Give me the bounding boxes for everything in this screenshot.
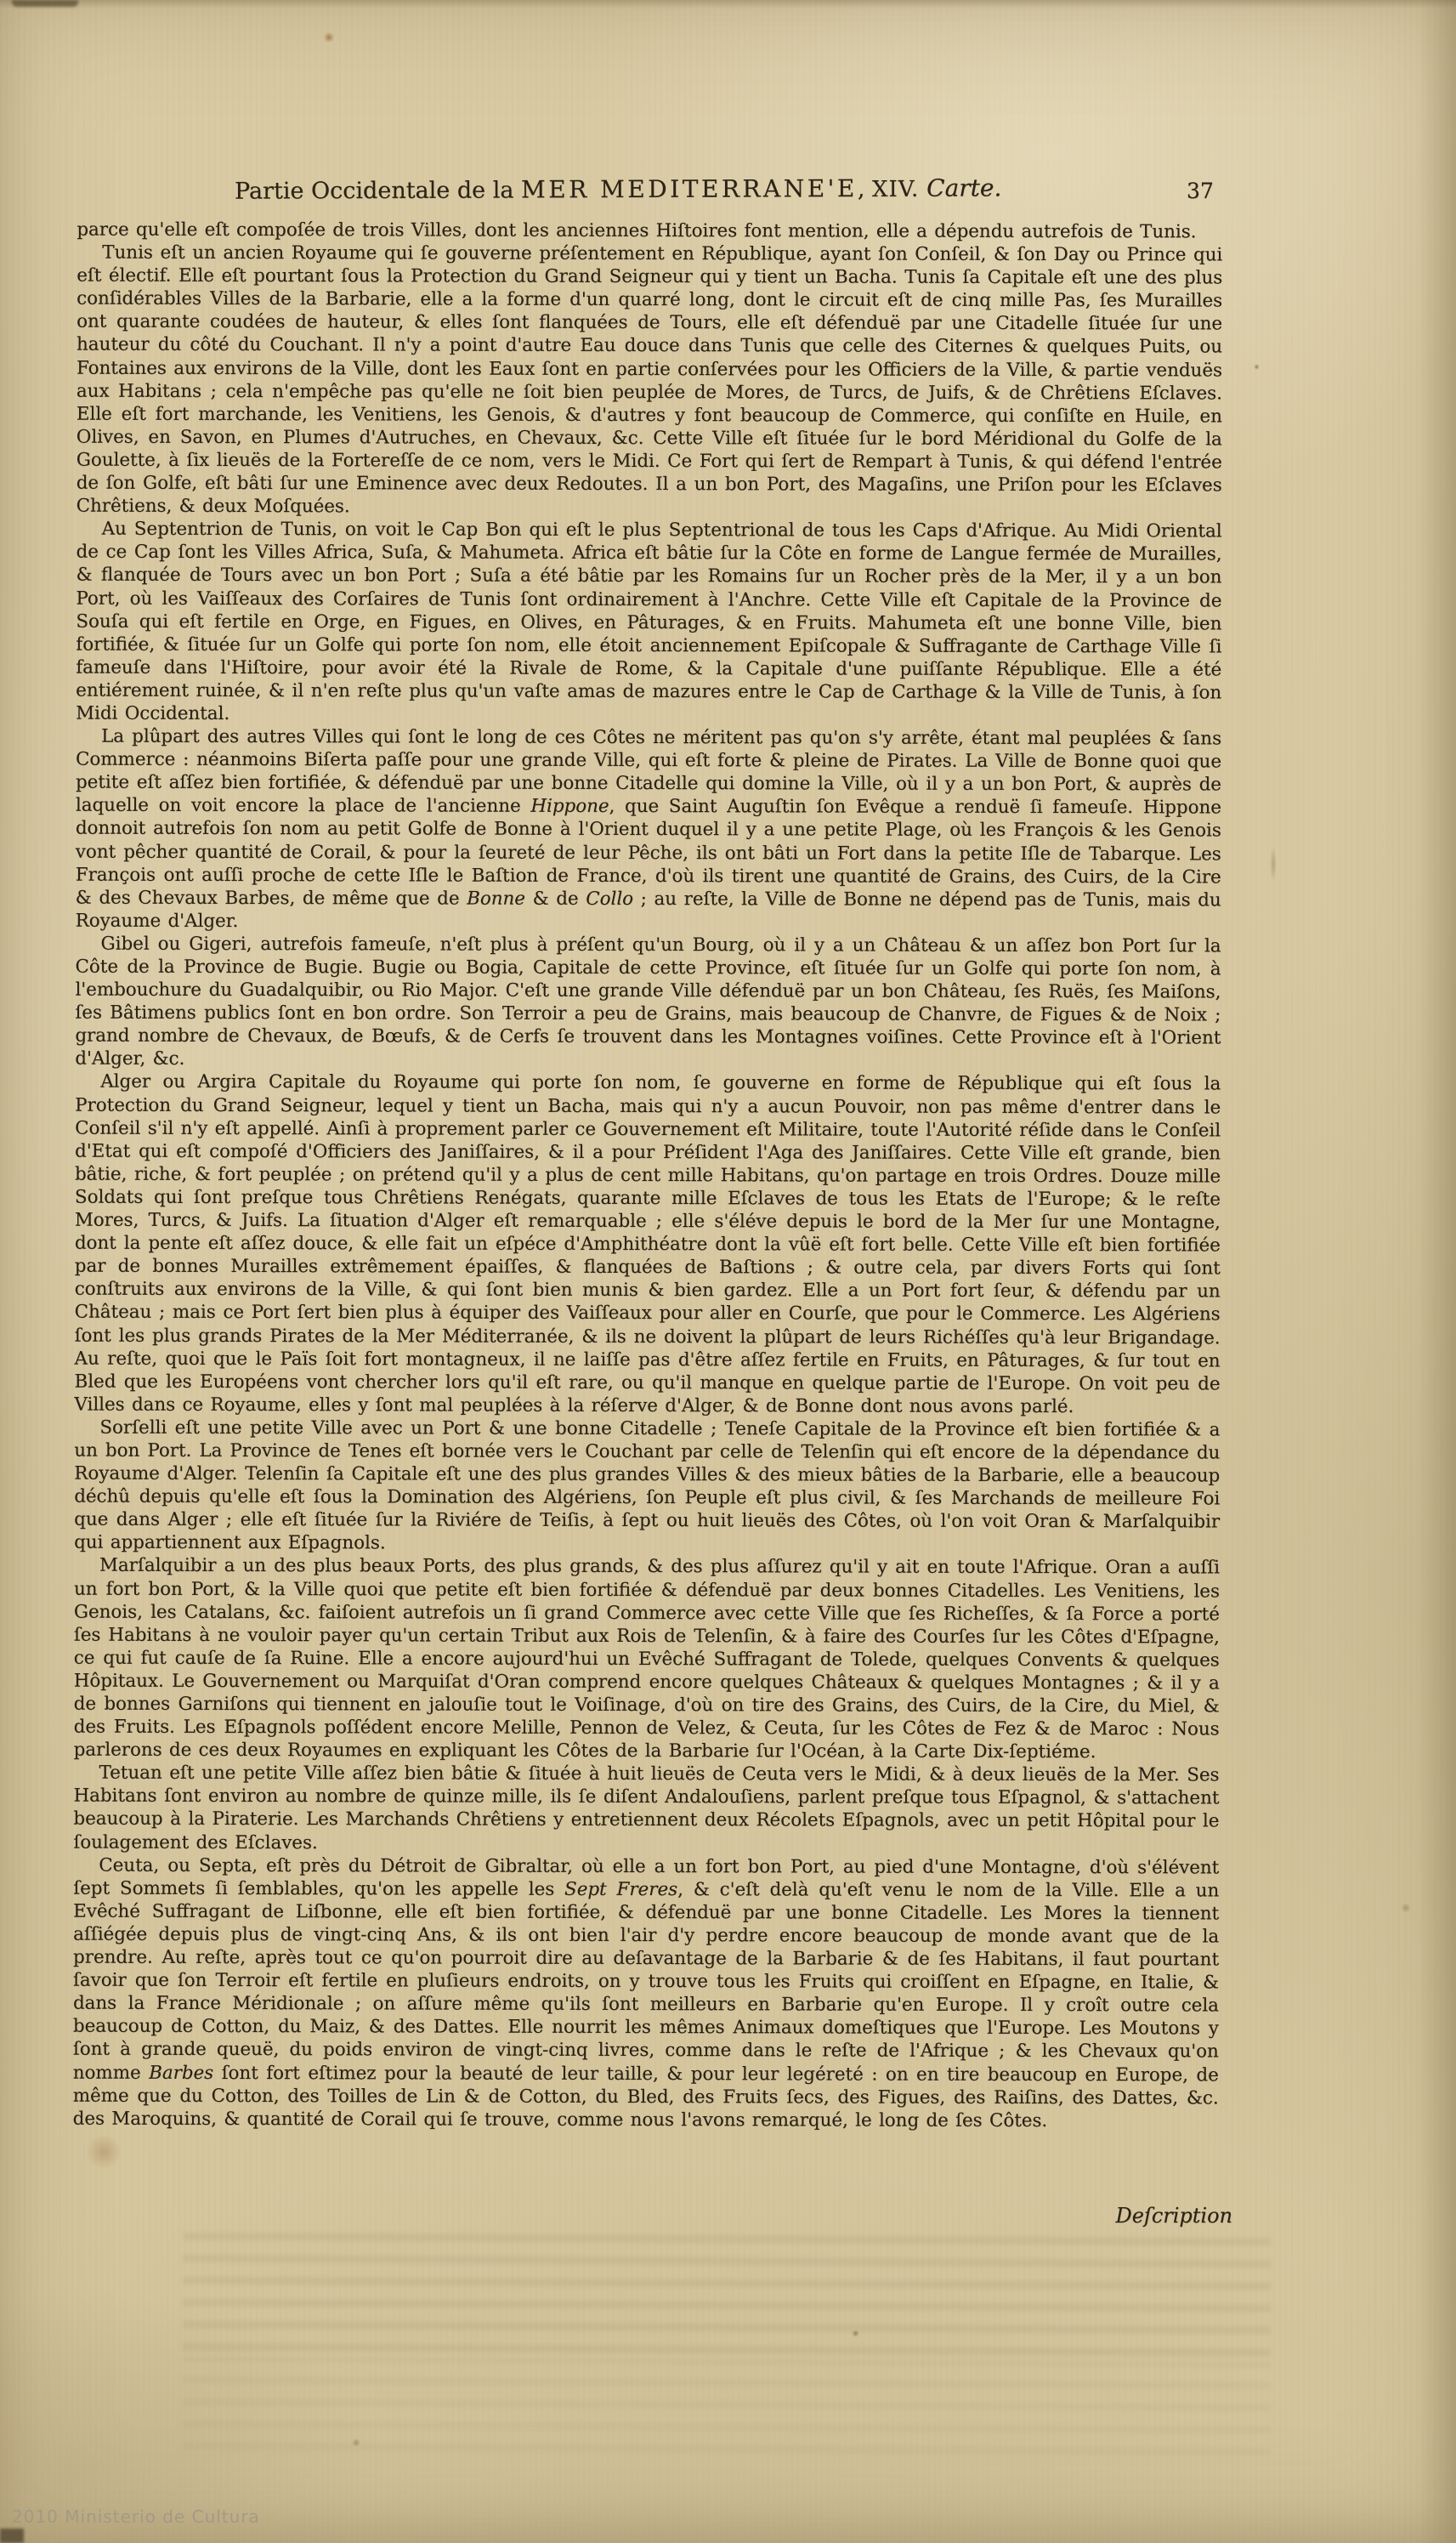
verso-showthrough (183, 2357, 1272, 2456)
copyright-watermark: 2010 Ministerio de Cultura (12, 2506, 260, 2527)
running-title-separator: , (858, 176, 872, 202)
paragraph-sorselli: Sorſelli eſt une petite Ville avec un Po… (74, 1416, 1220, 1556)
page-number: 37 (1187, 179, 1214, 203)
scan-artifact-bottom-left (0, 2529, 24, 2543)
paragraph-ceuta: Ceuta, ou Septa, eſt près du Détroit de … (73, 1853, 1220, 2132)
catchword: Deſcription (1003, 2204, 1232, 2228)
running-title-map-number: XIV. (872, 177, 919, 202)
paragraph-gigeri: Gibel ou Gigeri, autrefois fameuſe, n'eſ… (75, 932, 1221, 1072)
paragraph-bonne: La plûpart des autres Villes qui ſont le… (76, 725, 1222, 935)
text-block: parce qu'elle eſt compoſée de trois Vill… (73, 219, 1223, 2133)
paragraph-cap-bon: Au Septentrion de Tunis, on voit le Cap … (76, 518, 1222, 728)
running-title-prefix: Partie Occidentale de la (235, 177, 521, 204)
running-title-suffix: Carte. (919, 173, 1001, 202)
paragraph-alger: Alger ou Argira Capitale du Royaume qui … (74, 1070, 1221, 1418)
scan-edge-shadow-top (0, 0, 1456, 9)
verso-showthrough (183, 2223, 1272, 2357)
running-title: Partie Occidentale de la MER MEDITERRANE… (235, 173, 1001, 204)
scan-artifact-top-left (12, 0, 78, 7)
paragraph-tetuan: Tetuan eſt une petite Ville aſſez bien b… (73, 1762, 1219, 1856)
scan-edge-shadow-right (1419, 0, 1456, 2543)
paragraph-continuation: parce qu'elle eſt compoſée de trois Vill… (76, 219, 1222, 244)
paragraph-tunis: Tunis eſt un ancien Royaume qui ſe gouve… (76, 241, 1223, 520)
paragraph-marsalquibir: Marſalquibir a un des plus beaux Ports, … (74, 1554, 1221, 1764)
running-title-main: MER MEDITERRANE'E (521, 174, 858, 203)
